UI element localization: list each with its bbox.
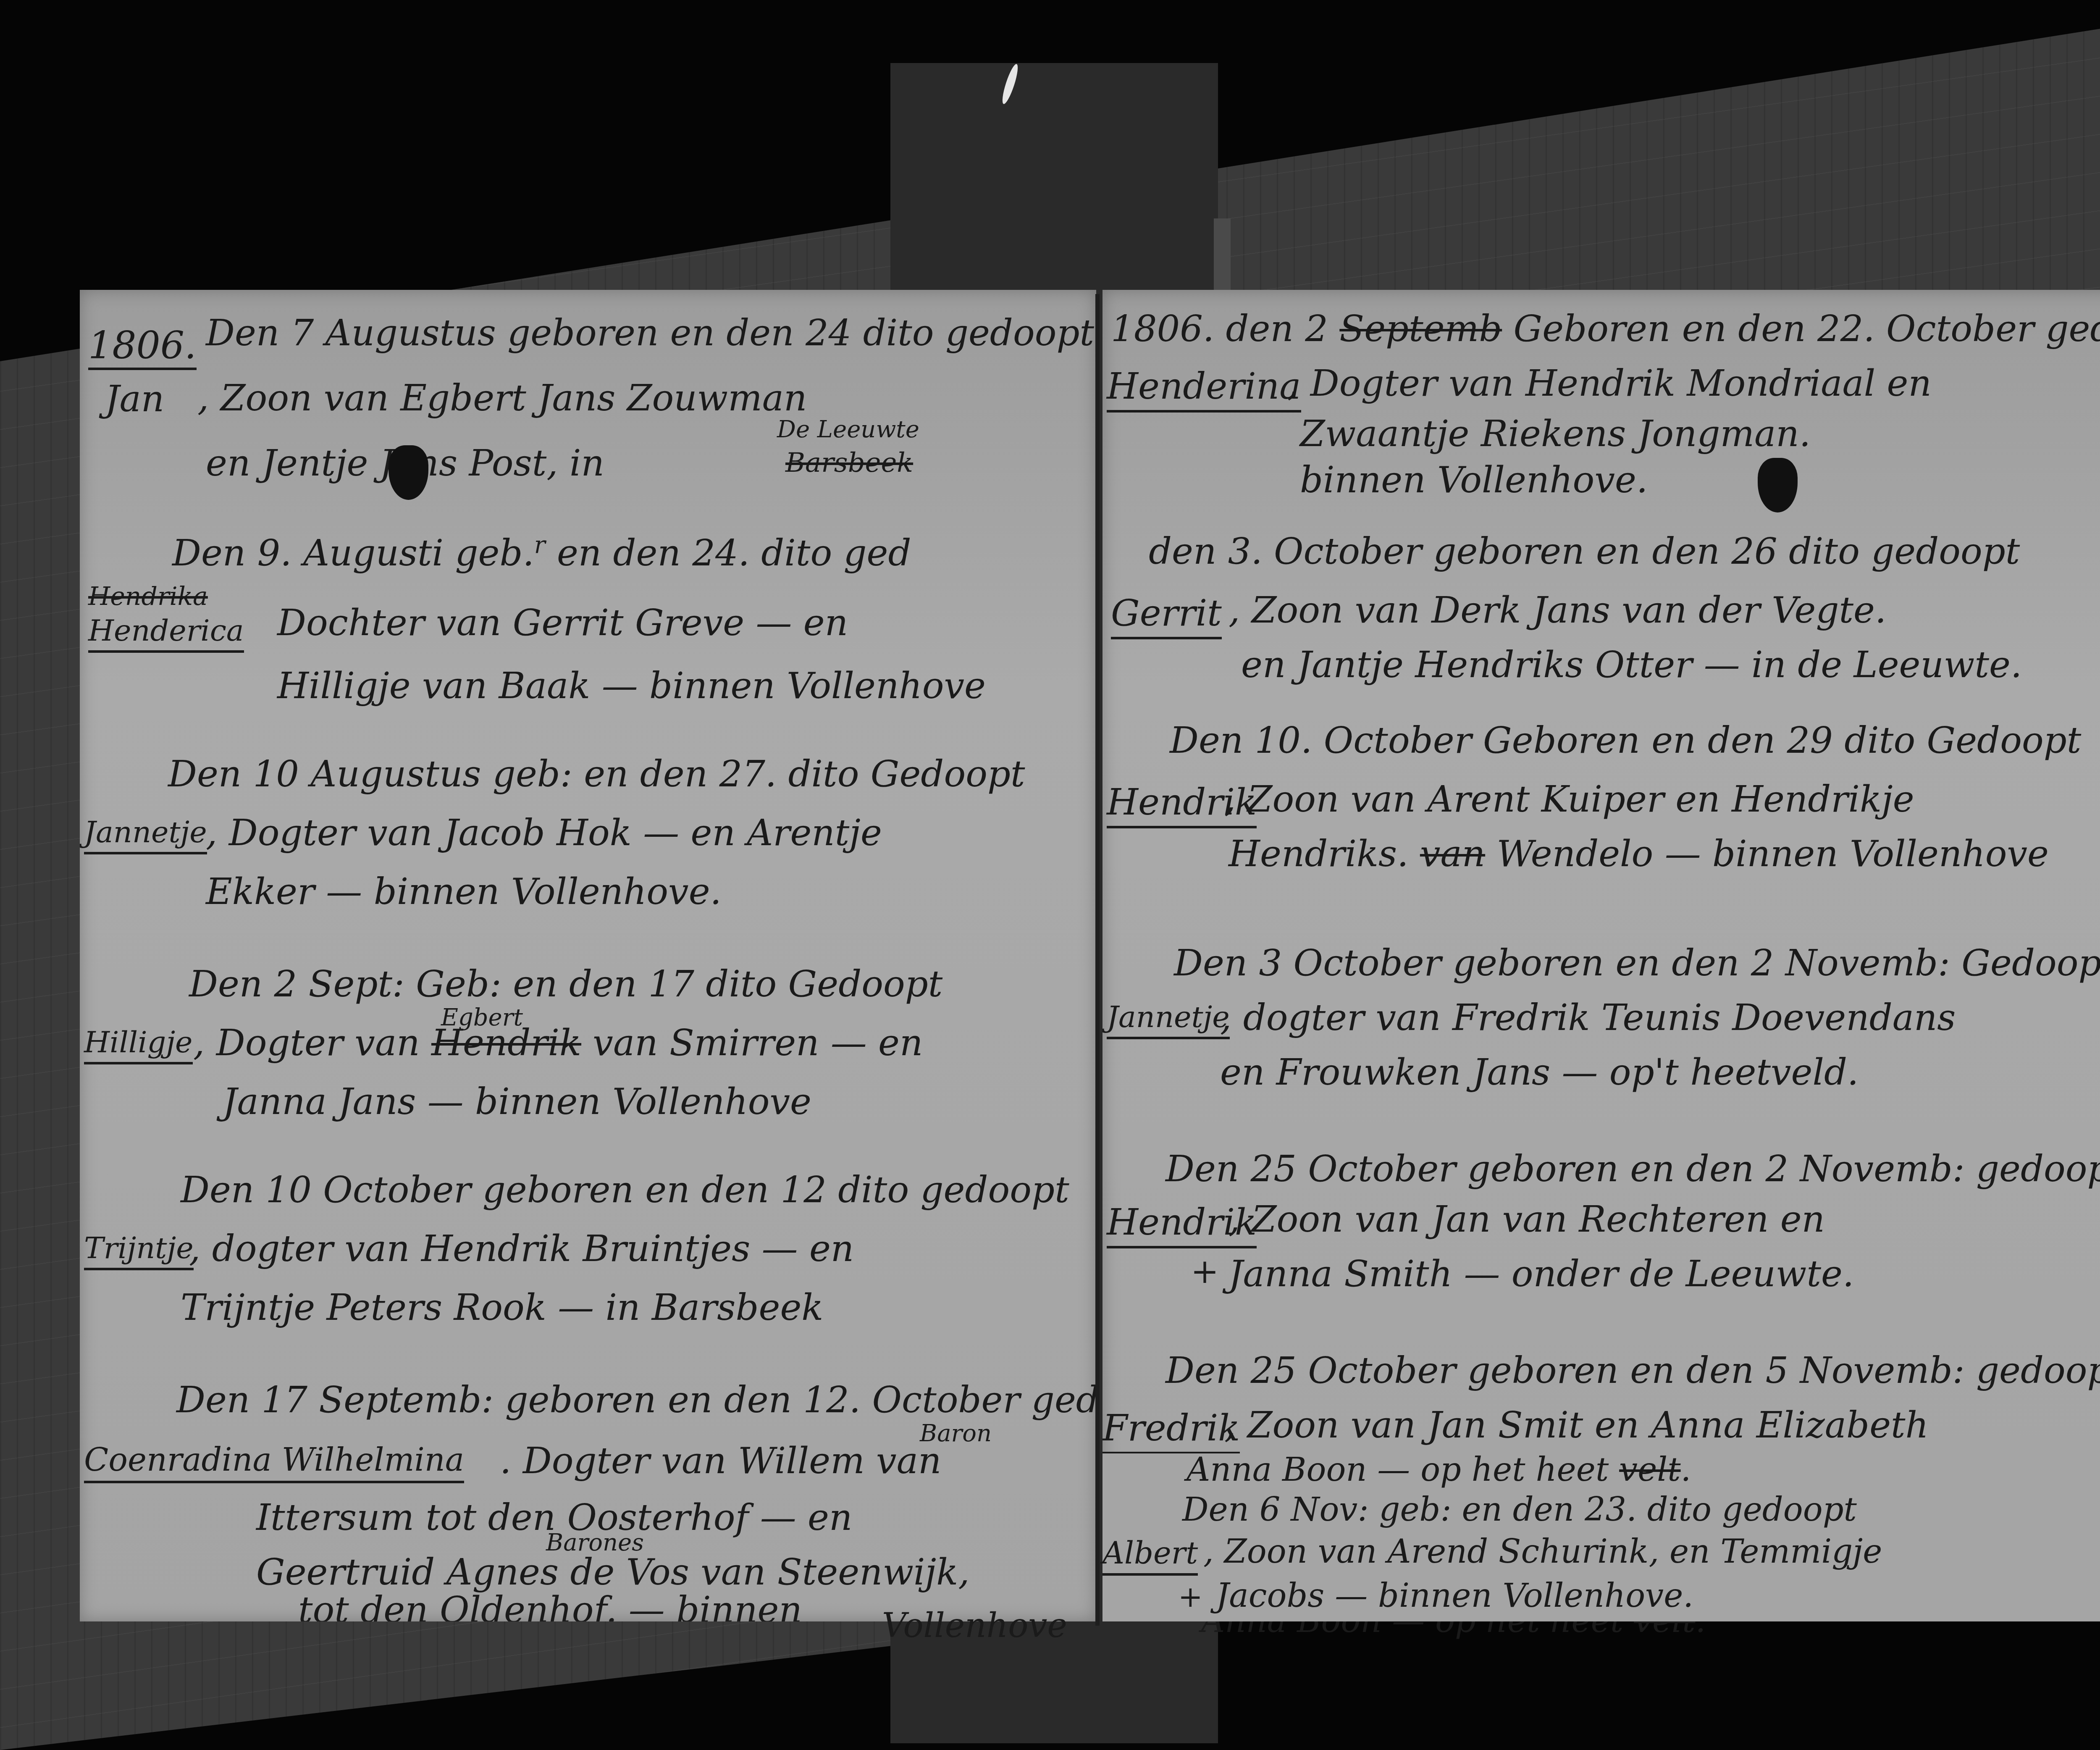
word-struck: velt [1619,1451,1681,1489]
entry-date-line: Den 25 October geboren en den 5 Novemb: … [1165,1353,2100,1389]
entry-mother-line: Jacobs — binnen Vollenhove. [1216,1579,1693,1612]
child-name: Henderina [1107,365,1301,413]
entry-mother-line: Zwaantje Riekens Jongman. [1300,416,1811,452]
title-insert: Barones [546,1529,644,1556]
entry-date-line: Den 17 Septemb: geboren en den 12. Octob… [176,1382,1096,1418]
entry-date-line: den 3. October geboren en den 26 dito ge… [1149,533,2020,570]
entry-parents-line: , Zoon van Derk Jans van der Vegte. [1228,592,1886,628]
entry-date-line: Den 7 Augustus geboren en den 24 dito ge… [206,315,1094,351]
entry-mother-line: en Frouwken Jans — op't heetveld. [1220,1054,1858,1090]
entry-parents-line: , dogter van Fredrik Teunis Doevendans [1220,1000,1956,1036]
entry-line: tot den Oldenhof. — binnen [298,1592,802,1621]
entry-parents-line: , Zoon van Arent Kuiper en Hendrikje [1224,781,1914,817]
entry-date-line: Den 6 Nov: geb: en den 23. dito gedoopt [1182,1493,1857,1526]
entry-mother-line: Trijntje Peters Rook — in Barsbeek [181,1290,823,1326]
child-name: Jannetje [1107,1000,1230,1039]
entry-parents-line: , dogter van Hendrik Bruintjes — en [189,1231,854,1267]
child-name: Gerrit [1111,592,1222,639]
year-label: 1806. [88,323,197,370]
child-name: Albert [1102,1535,1198,1576]
entry-mother-line: Hilligje van Baak — binnen Vollenhove [277,668,986,704]
entry-date-line: 1806. den 2 Septemb Geboren en den 22. O… [1111,311,2100,347]
child-name: Coenradina Wilhelmina [84,1441,464,1483]
entry-mother-line: en Jantje Hendriks Otter — in de Leeuwte… [1241,647,2022,683]
page-gutter [1095,294,1100,1626]
entry-parents-line: , Dogter van Hendrik Mondriaal en [1287,365,1932,402]
line-text: Geertruid Agnes [256,1551,559,1593]
date-text: 1806. den 2 [1111,308,1328,350]
line-text-rest: Wendelo — binnen Vollenhove [1496,833,2048,875]
entry-date-line: Den 10 Augustus geb: en den 27. dito Ged… [168,756,1025,792]
title-insert: Baron [920,1420,992,1447]
place-struck: Barsbeek [785,449,913,476]
entry-parents-line: , Zoon van Arend Schurink, en Temmigje [1203,1535,1882,1568]
entry-mother-line: Geertruid Agnes de Vos van Steenwijk, [256,1554,970,1590]
date-superscript: r [534,531,546,559]
entry-date-line: Den 10. October Geboren en den 29 dito G… [1170,723,2081,759]
date-text-rest: Geboren en den 22. October gedoopt [1514,308,2100,350]
entry-parents-line: , Dogter van Jacob Hok — en Arentje [206,815,882,851]
child-name: Henderica [88,613,244,653]
ink-blot [388,445,428,500]
entry-parents-line: , Zoon van Egbert Jans Zouwman [197,380,807,416]
word-struck: van [1420,833,1485,875]
line-text: Anna Boon — op het heet [1186,1451,1609,1489]
child-name: Hilligje [84,1025,193,1064]
line-text-rest: van Smirren — en [593,1022,923,1064]
entry-mother-line: Ekker — binnen Vollenhove. [206,874,722,910]
entry-place-line: binnen Vollenhove. [1300,462,1648,498]
left-page: 1806. Den 7 Augustus geboren en den 24 d… [80,290,1096,1621]
entry-parents-line: Dochter van Gerrit Greve — en [277,605,848,641]
father-correction: Egbert [441,1004,523,1031]
entry-parents-line: , Zoon van Jan Smit en Anna Elizabeth [1224,1407,1929,1443]
child-name: Jannetje [84,815,207,854]
entry-date-line: Den 9. Augusti geb.r en den 24. dito ged [172,533,911,571]
entry-mother-line: Hendriks. van Wendelo — binnen Vollenhov… [1228,836,2049,872]
entry-mother-line: Anna Boon — op het heet velt. [1186,1453,1691,1486]
entry-date-line: Den 25 October geboren en den 2 Novemb: … [1165,1151,2100,1187]
line-text: , Dogter van [193,1022,420,1064]
death-mark-icon: + [1191,1252,1219,1291]
entry-mother-line: Janna Jans — binnen Vollenhove [223,1084,811,1120]
child-name: Jan [105,378,164,423]
date-text: Den 9. Augusti geb. [172,532,534,574]
line-end: . [1681,1451,1691,1489]
date-text-rest: en den 24. dito ged [557,532,911,574]
entry-date-line: Den 3 October geboren en den 2 Novemb: G… [1174,945,2100,981]
child-name: Trijntje [84,1231,194,1270]
right-page: 1806. den 2 Septemb Geboren en den 22. O… [1102,290,2100,1621]
month-struck: Septemb [1339,308,1502,350]
entry-parents-line: , Zoon van Jan van Rechteren en [1228,1201,1825,1238]
place-correction: De Leeuwte [777,416,919,443]
entry-line: Vollenhove [882,1609,1067,1642]
entry-date-line: Den 10 October geboren en den 12 dito ge… [181,1172,1069,1208]
death-mark-icon: + [1178,1579,1203,1614]
line-text-rest: de Vos van Steenwijk, [570,1551,969,1593]
child-name-struck: Hendrika [88,584,208,609]
line-text: Hendriks. [1228,833,1409,875]
child-name: Fredrik [1102,1407,1240,1454]
right-page-bottom: Anna Boon — op het heet velt. Den 6 Nov:… [1102,1453,2100,1621]
entry-parents-line: . Dogter van Willem van [500,1443,941,1479]
entry-mother-line: Janna Smith — onder de Leeuwte. [1228,1256,1854,1292]
ink-blot [1758,458,1798,512]
entry-date-line: Den 2 Sept: Geb: en den 17 dito Gedoopt [189,966,942,1002]
entry-parents-line: , Dogter van Hendrik van Smirren — en [193,1025,923,1061]
